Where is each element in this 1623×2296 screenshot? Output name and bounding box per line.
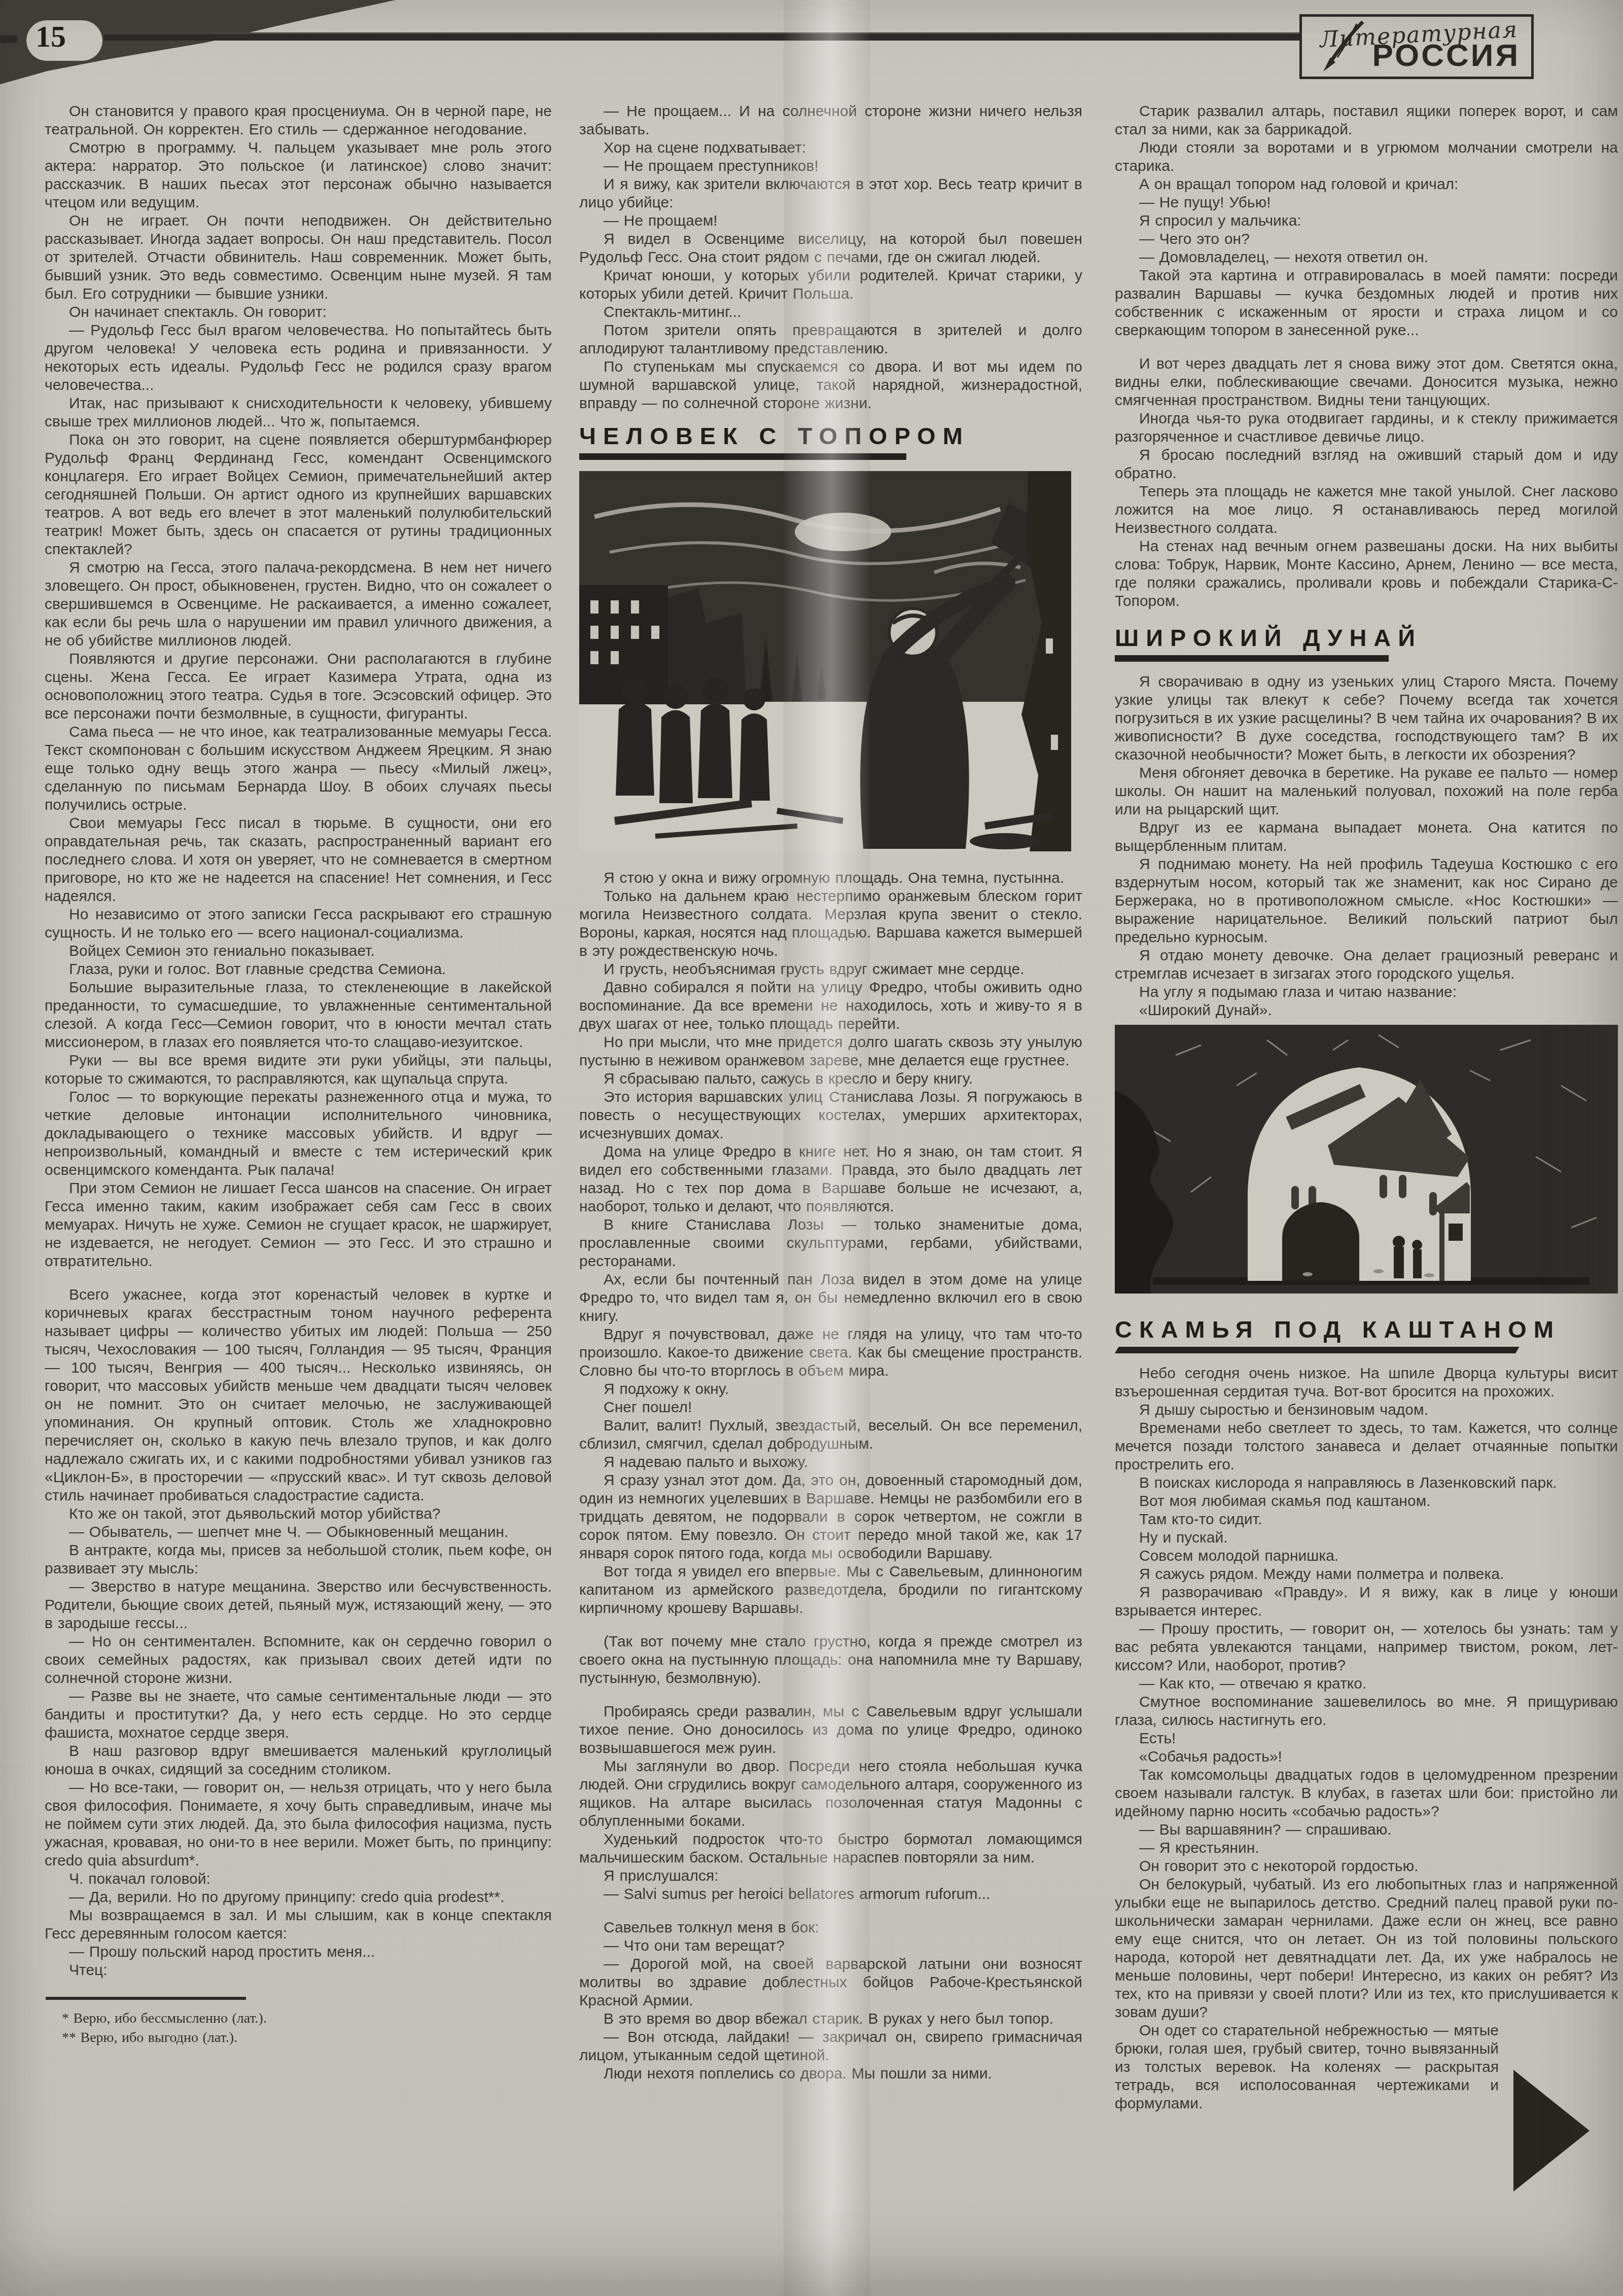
paragraph: Я прислушался:: [579, 1867, 1082, 1885]
paragraph: В книге Станислава Лозы — только знамени…: [579, 1216, 1082, 1271]
paragraph: Мы возвращаемся в зал. И мы слышим, как …: [45, 1907, 552, 1943]
paragraph: — Чего это он?: [1115, 230, 1618, 248]
paragraph: Я подхожу к окну.: [579, 1380, 1082, 1398]
newspaper-page: 15 Литературная РОССИЯ Он становится у п…: [0, 0, 1623, 2296]
paragraph: Снег пошел!: [579, 1398, 1082, 1417]
paragraph-gap: [579, 1618, 1082, 1633]
paragraph: Смотрю в программу. Ч. пальцем указывает…: [45, 139, 552, 212]
paragraph: — Не прощаем преступников!: [579, 157, 1082, 175]
masthead-logo: Литературная РОССИЯ: [1299, 14, 1534, 79]
paragraph: Он начинает спектакль. Он говорит:: [45, 303, 552, 321]
paragraph: Чтец:: [45, 1961, 552, 1980]
paragraph: В наш разговор вдруг вмешивается маленьк…: [45, 1742, 552, 1779]
section-heading-wide-danube: ШИРОКИЙ ДУНАЙ: [1115, 625, 1618, 662]
paragraph: Совсем молодой парнишка.: [1115, 1547, 1618, 1565]
paragraph: ** Верю, ибо выгодно (лат.).: [45, 2028, 552, 2048]
paragraph: — Дорогой мой, на своей варварской латын…: [579, 1955, 1082, 2010]
paragraph: При этом Семион не лишает Гесса шансов н…: [45, 1179, 552, 1271]
paragraph: Временами небо светлеет то здесь, то там…: [1115, 1419, 1618, 1474]
paragraph: — Да, верили. Но по другому принципу: cr…: [45, 1888, 552, 1907]
paragraph: * Верю, ибо бессмысленно (лат.).: [45, 2009, 552, 2028]
footnotes: * Верю, ибо бессмысленно (лат.).** Верю,…: [45, 2009, 552, 2048]
paragraph: Только на дальнем краю нестерпимо оранже…: [579, 887, 1082, 960]
paragraph: Я смотрю на Гесса, этого палача-рекордсм…: [45, 559, 552, 650]
paragraph: — Не пущу! Убью!: [1115, 194, 1618, 212]
paragraph: Такой эта картина и отгравировалась в мо…: [1115, 267, 1618, 340]
top-rule: [104, 32, 1301, 41]
paragraph: И я вижу, как зрители включаются в этот …: [579, 175, 1082, 212]
paragraph: Теперь эта площадь не кажется мне такой …: [1115, 483, 1618, 537]
section-heading-bench-under-chestnut: СКАМЬЯ ПОД КАШТАНОМ: [1115, 1316, 1618, 1353]
paragraph: Смутное воспоминание зашевелилось во мне…: [1115, 1693, 1618, 1730]
paragraph: Вот моя любимая скамья под каштаном.: [1115, 1492, 1618, 1511]
paragraph: Но при мысли, что мне придется долго шаг…: [579, 1033, 1082, 1070]
paragraph: Он белокурый, чубатый. Из его любопытных…: [1115, 1876, 1618, 2022]
paragraph: Старик развалил алтарь, поставил ящики п…: [1115, 102, 1618, 139]
paragraph: Я отдаю монету девочке. Она делает граци…: [1115, 947, 1618, 983]
paragraph: — Что они там верещат?: [579, 1937, 1082, 1955]
paragraph: В это время во двор вбежал старик. В рук…: [579, 2010, 1082, 2028]
paragraph: — Рудольф Гесс был врагом человечества. …: [45, 321, 552, 394]
paragraph: Спектакль-митинг...: [579, 303, 1082, 321]
paragraph: Всего ужаснее, когда этот коренастый чел…: [45, 1286, 552, 1505]
paragraph: — Как кто, — отвечаю я кратко.: [1115, 1675, 1618, 1693]
paragraph: На углу я подымаю глаза и читаю название…: [1115, 983, 1618, 1001]
paragraph: — Salvi sumus per heroici bellatores arm…: [579, 1885, 1082, 1904]
paragraph: Хор на сцене подхватывает:: [579, 139, 1082, 157]
paragraph: Это история варшавских улиц Станислава Л…: [579, 1088, 1082, 1143]
paragraph: Но независимо от этого записки Гесса рас…: [45, 906, 552, 942]
paragraph: Вдруг из ее кармана выпадает монета. Она…: [1115, 819, 1618, 855]
paragraph: Свои мемуары Гесс писал в тюрьме. В сущн…: [45, 814, 552, 906]
paragraph: Вдруг я почувствовал, даже не глядя на у…: [579, 1325, 1082, 1380]
paragraph: — Прошу простить, — говорит он, — хотело…: [1115, 1620, 1618, 1675]
paragraph: Я сбрасываю пальто, сажусь в кресло и бе…: [579, 1070, 1082, 1088]
paragraph: На стенах над вечным огнем развешаны дос…: [1115, 537, 1618, 611]
paragraph: Люди стояли за воротами и в угрюмом молч…: [1115, 139, 1618, 175]
paragraph: Дома на улице Фредро в книге нет. Но я з…: [579, 1143, 1082, 1216]
paragraph: «Собачья радость»!: [1115, 1748, 1618, 1766]
paragraph: А он вращал топором над головой и кричал…: [1115, 175, 1618, 194]
paragraph: — Но все-таки, — говорит он, — нельзя от…: [45, 1779, 552, 1870]
paragraph: Я сажусь рядом. Между нами полметра и по…: [1115, 1565, 1618, 1584]
paragraph: — Не прощаем!: [579, 212, 1082, 230]
paragraph: Я стою у окна и вижу огромную площадь. О…: [579, 869, 1082, 887]
paragraph-gap: [579, 1904, 1082, 1919]
paragraph: Пока он это говорит, на сцене появляется…: [45, 431, 552, 559]
column-1-paragraphs: Он становится у правого края просцениума…: [45, 102, 552, 1980]
woodcut-man-with-axe-illustration: [579, 471, 1082, 856]
paragraph: Я поднимаю монету. На ней профиль Тадеуш…: [1115, 855, 1618, 947]
paragraph: Я видел в Освенциме виселицу, на которой…: [579, 230, 1082, 267]
paragraph: Он не играет. Он почти неподвижен. Он де…: [45, 212, 552, 303]
paragraph: Глаза, руки и голос. Вот главные средств…: [45, 960, 552, 979]
footnote-separator: [46, 1997, 246, 2000]
paragraph: Руки — вы все время видите эти руки убий…: [45, 1052, 552, 1088]
paragraph: Ну и пускай.: [1115, 1529, 1618, 1547]
paragraph: Войцех Семион это гениально показывает.: [45, 942, 552, 960]
paragraph: «Широкий Дунай».: [1115, 1001, 1618, 1020]
paragraph-gap: [1115, 340, 1618, 355]
paragraph: — Разве вы не знаете, что самые сентимен…: [45, 1688, 552, 1742]
column-2-section-paragraphs: Я стою у окна и вижу огромную площадь. О…: [579, 869, 1082, 2083]
paragraph: — Зверство в натуре мещанина. Зверство и…: [45, 1578, 552, 1633]
paragraph: — Домовладелец, — нехотя ответил он.: [1115, 248, 1618, 267]
column-3-top-paragraphs: Старик развалил алтарь, поставил ящики п…: [1115, 102, 1618, 611]
paragraph: Я спросил у мальчика:: [1115, 212, 1618, 230]
paragraph: Потом зрители опять превращаются в зрите…: [579, 321, 1082, 358]
paragraph: Пробираясь среди развалин, мы с Савельев…: [579, 1703, 1082, 1757]
paragraph: Иногда чья-то рука отодвигает гардины, и…: [1115, 410, 1618, 446]
paragraph: Валит, валит! Пухлый, звездастый, веселы…: [579, 1417, 1082, 1453]
column-3-mid-paragraphs: Я сворачиваю в одну из узеньких улиц Ста…: [1115, 673, 1618, 1020]
column-3: Старик развалил алтарь, поставил ящики п…: [1115, 102, 1618, 2113]
paragraph: Кричат юноши, у которых убили родителей.…: [579, 267, 1082, 303]
column-1: Он становится у правого края просцениума…: [45, 102, 552, 2048]
paragraph: Я разворачиваю «Правду». И я вижу, как в…: [1115, 1584, 1618, 1620]
paragraph: Ч. покачал головой:: [45, 1870, 552, 1888]
paragraph: Я надеваю пальто и выхожу.: [579, 1453, 1082, 1472]
paragraph: Ах, если бы почтенный пан Лоза видел в э…: [579, 1271, 1082, 1325]
paragraph: Давно собирался я пойти на улицу Фредро,…: [579, 979, 1082, 1033]
paragraph: Есть!: [1115, 1730, 1618, 1748]
paragraph: Сама пьеса — не что иное, как театрализо…: [45, 723, 552, 814]
paragraph: Савельев толкнул меня в бок:: [579, 1919, 1082, 1937]
woodcut-old-town-arch-illustration: [1115, 1025, 1618, 1298]
paragraph: Мы заглянули во двор. Посреди него стоял…: [579, 1757, 1082, 1831]
paragraph: Так комсомольцы двадцатых годов в целому…: [1115, 1766, 1618, 1821]
paragraph: Я сворачиваю в одну из узеньких улиц Ста…: [1115, 673, 1618, 764]
paragraph: — Прошу польский народ простить меня...: [45, 1943, 552, 1961]
left-edge-dash: [0, 35, 17, 43]
paragraph: Появляются и другие персонажи. Они распо…: [45, 650, 552, 723]
paragraph: И грусть, необъяснимая грусть вдруг сжим…: [579, 960, 1082, 979]
paragraph: — Вы варшавянин? — спрашиваю.: [1115, 1821, 1618, 1839]
paragraph: Он становится у правого края просцениума…: [45, 102, 552, 139]
paragraph: — Не прощаем... И на солнечной стороне ж…: [579, 102, 1082, 139]
paragraph-gap: [45, 1271, 552, 1286]
paragraph: Кто же он такой, этот дьявольский мотор …: [45, 1505, 552, 1523]
paragraph: Я дышу сыростью и бензиновым чадом.: [1115, 1401, 1618, 1419]
paragraph: В поисках кислорода я направляюсь в Лазе…: [1115, 1474, 1618, 1492]
paragraph: Голос — то воркующие перекаты разнеженно…: [45, 1088, 552, 1179]
paragraph: Небо сегодня очень низкое. На шпиле Двор…: [1115, 1365, 1618, 1401]
paragraph: — Но он сентиментален. Вспомните, как он…: [45, 1633, 552, 1688]
masthead-title-line2: РОССИЯ: [1372, 38, 1520, 74]
paragraph-gap: [579, 1688, 1082, 1703]
paragraph: Итак, нас призывают к снисходительности …: [45, 394, 552, 431]
paragraph: По ступенькам мы спускаемся со двора. И …: [579, 358, 1082, 413]
paragraph: Люди нехотя поплелись со двора. Мы пошли…: [579, 2065, 1082, 2083]
paragraph: Меня обгоняет девочка в беретике. На рук…: [1115, 764, 1618, 819]
paragraph: (Так вот почему мне стало грустно, когда…: [579, 1633, 1082, 1688]
paragraph: Он говорит это с некоторой гордостью.: [1115, 1857, 1618, 1876]
paragraph: И вот через двадцать лет я снова вижу эт…: [1115, 355, 1618, 410]
paragraph: Вот тогда я увидел его впервые. Мы с Сав…: [579, 1563, 1082, 1618]
column-2-top-paragraphs: — Не прощаем... И на солнечной стороне ж…: [579, 102, 1082, 413]
column-2: — Не прощаем... И на солнечной стороне ж…: [579, 102, 1082, 2083]
paragraph: — Я крестьянин.: [1115, 1839, 1618, 1857]
page-number: 15: [36, 19, 66, 54]
paragraph: Там кто-то сидит.: [1115, 1511, 1618, 1529]
paragraph: Большие выразительные глаза, то стеклене…: [45, 979, 552, 1052]
paragraph: — Обыватель, — шепчет мне Ч. — Обыкновен…: [45, 1523, 552, 1541]
paragraph: Я сразу узнал этот дом. Да, это он, дово…: [579, 1472, 1082, 1563]
section-heading-man-with-axe: ЧЕЛОВЕК С ТОПОРОМ: [579, 423, 1082, 460]
column-3-bottom-paragraphs: Небо сегодня очень низкое. На шпиле Двор…: [1115, 1365, 1618, 2113]
paragraph: Я бросаю последний взгляд на оживший ста…: [1115, 446, 1618, 483]
paragraph: Худенький подросток что-то быстро бормот…: [579, 1831, 1082, 1867]
paragraph: — Вон отсюда, лайдаки! — закричал он, св…: [579, 2028, 1082, 2065]
paragraph: В антракте, когда мы, присев за небольшо…: [45, 1541, 552, 1578]
